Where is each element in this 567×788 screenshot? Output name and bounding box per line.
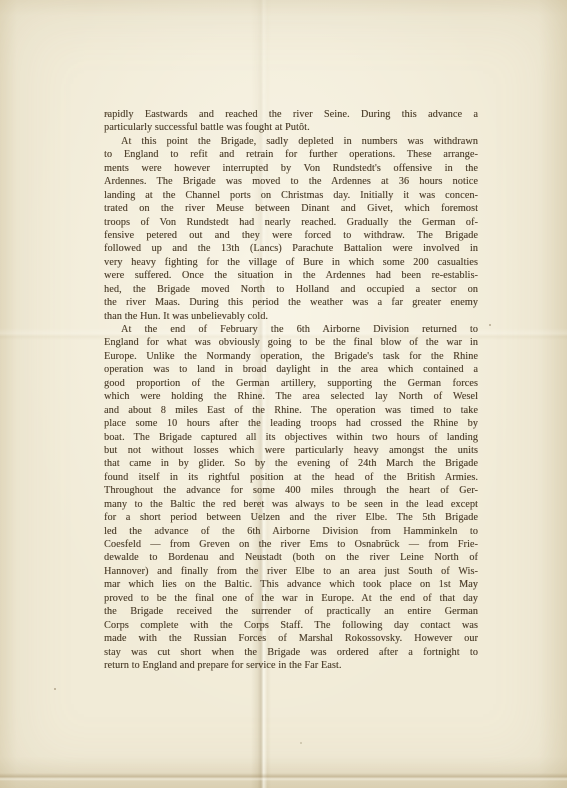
text-line: many to the Baltic the red beret was alw… xyxy=(104,498,478,511)
text-line: made with the Russian Forces of Marshal … xyxy=(104,632,478,645)
text-line: Throughout the advance for some 400 mile… xyxy=(104,484,478,497)
text-line: the river Maas. During this period the w… xyxy=(104,296,478,309)
text-line: Europe. Unlike the Normandy operation, t… xyxy=(104,350,478,363)
text-line: place some 10 hours after the leading tr… xyxy=(104,417,478,430)
text-line: operation was to land in broad daylight … xyxy=(104,363,478,376)
text-line: Coesfeld — from Greven on the river Ems … xyxy=(104,538,478,551)
text-line: good proportion of the German artillery,… xyxy=(104,377,478,390)
text-line: stay was cut short when the Brigade was … xyxy=(104,646,478,659)
text-line: found itself in its rightful position at… xyxy=(104,471,478,484)
text-line: proved to be the final one of the war in… xyxy=(104,592,478,605)
text-line: that came in by glider. So by the evenin… xyxy=(104,457,478,470)
text-line: landing at the Channel ports on Christma… xyxy=(104,189,478,202)
text-line: boat. The Brigade captured all its objec… xyxy=(104,431,478,444)
text-line: Hannover) and finally from the river Elb… xyxy=(104,565,478,578)
text-line: but not without losses which were partic… xyxy=(104,444,478,457)
text-line: return to England and prepare for servic… xyxy=(104,659,478,672)
text-line: mar which lies on the Baltic. This advan… xyxy=(104,578,478,591)
text-line: to England to refit and retrain for furt… xyxy=(104,148,478,161)
text-line: At the end of February the 6th Airborne … xyxy=(104,323,478,336)
text-line: and about 8 miles East of the Rhine. The… xyxy=(104,404,478,417)
text-line: which were holding the Rhine. The area s… xyxy=(104,390,478,403)
text-line: Corps complete with the Corps Staff. The… xyxy=(104,619,478,632)
text-line: hed, the Brigade moved North to Holland … xyxy=(104,283,478,296)
text-line: dewalde to Bordenau and Neustadt (both o… xyxy=(104,551,478,564)
text-line: At this point the Brigade, sadly deplete… xyxy=(104,135,478,148)
document-text: rapidly Eastwards and reached the river … xyxy=(104,108,478,672)
text-line: ments were however interrupted by Von Ru… xyxy=(104,162,478,175)
text-line: trated on the river Meuse between Dinant… xyxy=(104,202,478,215)
text-line: very heavy fighting for the village of B… xyxy=(104,256,478,269)
paper-speck xyxy=(54,688,56,690)
text-line: particularly successful battle was fough… xyxy=(104,121,478,134)
paper-speck xyxy=(489,324,491,326)
text-line: followed up and the 13th (Lancs) Parachu… xyxy=(104,242,478,255)
text-line: were suffered. Once the situation in the… xyxy=(104,269,478,282)
paper-speck xyxy=(300,742,302,744)
text-line: troops of Von Rundstedt had nearly reach… xyxy=(104,216,478,229)
text-line: led the advance of the 6th Airborne Divi… xyxy=(104,525,478,538)
text-line: for a short period between Uelzen and th… xyxy=(104,511,478,524)
bottom-edge-crease xyxy=(0,773,567,781)
text-line: Ardennes. The Brigade was moved to the A… xyxy=(104,175,478,188)
text-line: rapidly Eastwards and reached the river … xyxy=(104,108,478,121)
text-line: fensive petered out and they were forced… xyxy=(104,229,478,242)
text-line: than the Hun. It was unbelievably cold. xyxy=(104,310,478,323)
text-line: the Brigade received the surrender of pr… xyxy=(104,605,478,618)
scanned-page: rapidly Eastwards and reached the river … xyxy=(0,0,567,788)
text-line: England for what was obviously going to … xyxy=(104,336,478,349)
